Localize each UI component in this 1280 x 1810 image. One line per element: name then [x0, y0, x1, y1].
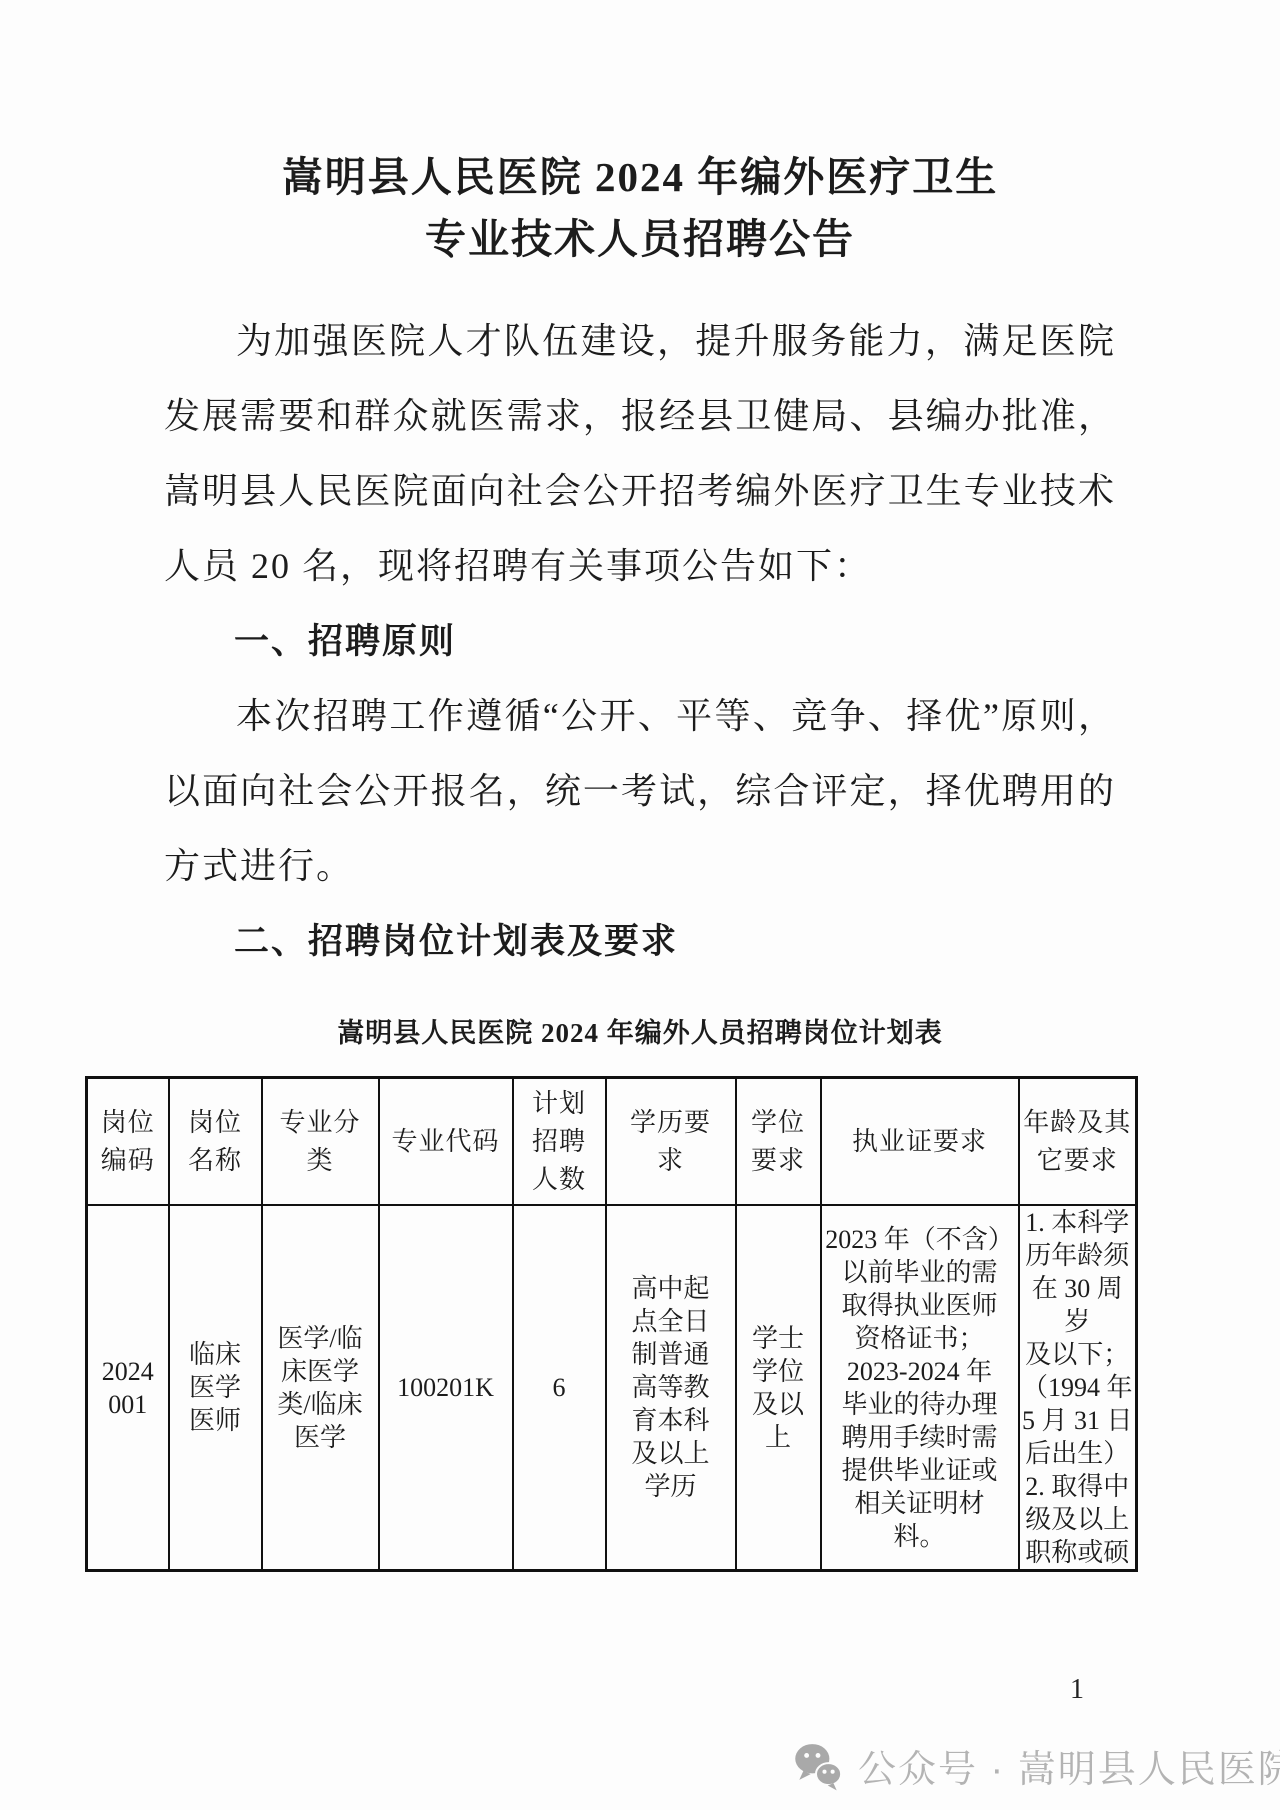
document-page: 嵩明县人民医院 2024 年编外医疗卫生 专业技术人员招聘公告 为加强医院人才队… — [0, 0, 1280, 1810]
cell-degree-requirement: 学士 学位 及以 上 — [736, 1205, 821, 1571]
title-line-2: 专业技术人员招聘公告 — [0, 208, 1280, 270]
cell-age-other-requirement: 1. 本科学 历年龄须 在 30 周岁 及以下； （1994 年 5 月 31 … — [1019, 1205, 1137, 1571]
cell-planned-count: 6 — [513, 1205, 606, 1571]
document-body: 为加强医院人才队伍建设，提升服务能力，满足医院发展需要和群众就医需求，报经县卫健… — [164, 270, 1116, 979]
cell-major-code: 100201K — [379, 1205, 513, 1571]
page-number: 1 — [1070, 1674, 1084, 1706]
col-header-post-name: 岗位 名称 — [169, 1078, 262, 1206]
section1-paragraph: 本次招聘工作遵循“公开、平等、竞争、择优”原则，以面向社会公开报名，统一考试，综… — [164, 679, 1116, 904]
recruitment-plan-table: 岗位 编码 岗位 名称 专业分 类 专业代码 计划 招聘 人数 学历要 求 学位… — [85, 1076, 1138, 1572]
section2-heading: 二、招聘岗位计划表及要求 — [164, 904, 1116, 979]
col-header-age-other: 年龄及其 它要求 — [1019, 1078, 1137, 1206]
document-title: 嵩明县人民医院 2024 年编外医疗卫生 专业技术人员招聘公告 — [0, 0, 1280, 270]
col-header-license: 执业证要求 — [821, 1078, 1019, 1206]
wechat-branding: 公众号 · 嵩明县人民医院 — [792, 1738, 1280, 1793]
col-header-education: 学历要 求 — [606, 1078, 736, 1206]
col-header-post-code: 岗位 编码 — [87, 1078, 169, 1206]
section1-heading: 一、招聘原则 — [164, 604, 1116, 679]
cell-post-code: 2024 001 — [87, 1205, 169, 1571]
wechat-icon — [792, 1740, 844, 1792]
col-header-major-code: 专业代码 — [379, 1078, 513, 1206]
cell-education-requirement: 高中起 点全日 制普通 高等教 育本科 及以上 学历 — [606, 1205, 736, 1571]
cell-license-requirement: 2023 年（不含） 以前毕业的需 取得执业医师 资格证书； 2023-2024… — [821, 1205, 1019, 1571]
intro-paragraph: 为加强医院人才队伍建设，提升服务能力，满足医院发展需要和群众就医需求，报经县卫健… — [164, 304, 1116, 604]
col-header-planned-count: 计划 招聘 人数 — [513, 1078, 606, 1206]
cell-major-category: 医学/临 床医学 类/临床 医学 — [262, 1205, 379, 1571]
table-caption: 嵩明县人民医院 2024 年编外人员招聘岗位计划表 — [0, 1011, 1280, 1050]
table-row: 2024 001 临床 医学 医师 医学/临 床医学 类/临床 医学 10020… — [87, 1205, 1137, 1571]
col-header-major-category: 专业分 类 — [262, 1078, 379, 1206]
cell-post-name: 临床 医学 医师 — [169, 1205, 262, 1571]
table-header-row: 岗位 编码 岗位 名称 专业分 类 专业代码 计划 招聘 人数 学历要 求 学位… — [87, 1078, 1137, 1206]
title-line-1: 嵩明县人民医院 2024 年编外医疗卫生 — [0, 146, 1280, 208]
col-header-degree: 学位 要求 — [736, 1078, 821, 1206]
wechat-label: 公众号 · 嵩明县人民医院 — [858, 1738, 1280, 1793]
